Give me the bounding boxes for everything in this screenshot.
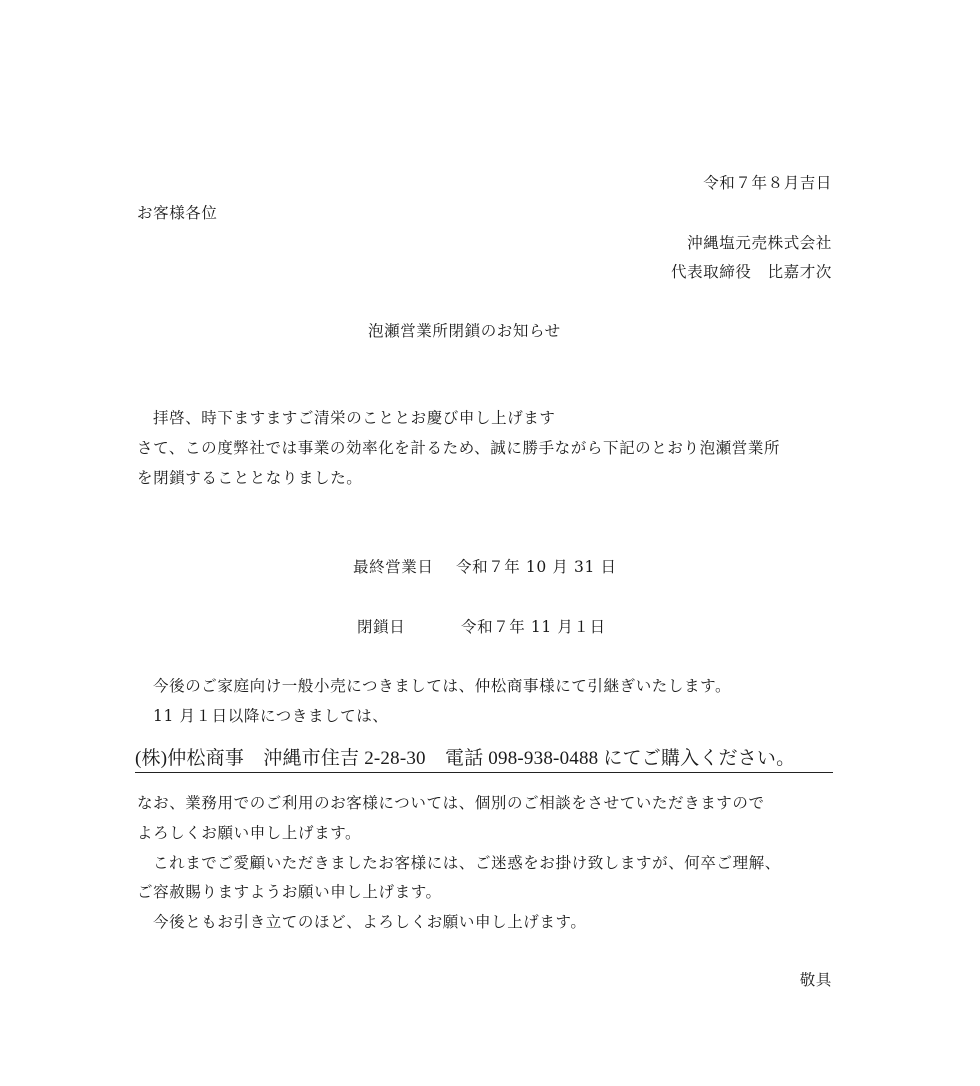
closing-paragraph-3: これまでご愛顧いただきましたお客様には、ご迷惑をお掛け致しますが、何卒ご理解、 — [153, 853, 781, 873]
intro-line-1: 拝啓、時下ますますご清栄のこととお慶び申し上げます — [153, 408, 556, 428]
sender-representative: 代表取締役 比嘉才次 — [671, 262, 832, 282]
contact-line: (株)仲松商事 沖縄市住吉 2-28-30 電話 098-938-0488 にて… — [135, 747, 833, 773]
closing-paragraph-5: 今後ともお引き立てのほど、よろしくお願い申し上げます。 — [153, 912, 586, 932]
sign-off: 敬具 — [800, 970, 832, 990]
closing-paragraph-2: よろしくお願い申し上げます。 — [137, 823, 361, 843]
closing-day-label: 閉鎖日 — [357, 617, 405, 637]
letter-page: 令和７年８月吉日 お客様各位 沖縄塩元売株式会社 代表取締役 比嘉才次 泡瀬営業… — [0, 0, 980, 1086]
handover-line-1: 今後のご家庭向け一般小売につきましては、仲松商事様にて引継ぎいたします。 — [153, 676, 731, 696]
intro-line-3: を閉鎖することとなりました。 — [137, 468, 362, 488]
sender-company: 沖縄塩元売株式会社 — [687, 233, 832, 253]
last-business-day-value: 令和７年 10 月 31 日 — [456, 557, 617, 577]
closing-paragraph-4: ご容赦賜りますようお願い申し上げます。 — [137, 882, 442, 902]
last-business-day-label: 最終営業日 — [353, 557, 434, 577]
letter-date: 令和７年８月吉日 — [703, 173, 832, 193]
letter-title: 泡瀬営業所閉鎖のお知らせ — [368, 321, 561, 341]
closing-paragraph-1: なお、業務用でのご利用のお客様については、個別のご相談をさせていただきますので — [137, 793, 765, 813]
recipient: お客様各位 — [137, 203, 218, 223]
intro-line-2: さて、この度弊社では事業の効率化を計るため、誠に勝手ながら下記のとおり泡瀬営業所 — [137, 438, 780, 458]
closing-day-value: 令和７年 11 月１日 — [461, 617, 606, 637]
handover-line-2: 11 月１日以降につきましては、 — [153, 706, 388, 726]
